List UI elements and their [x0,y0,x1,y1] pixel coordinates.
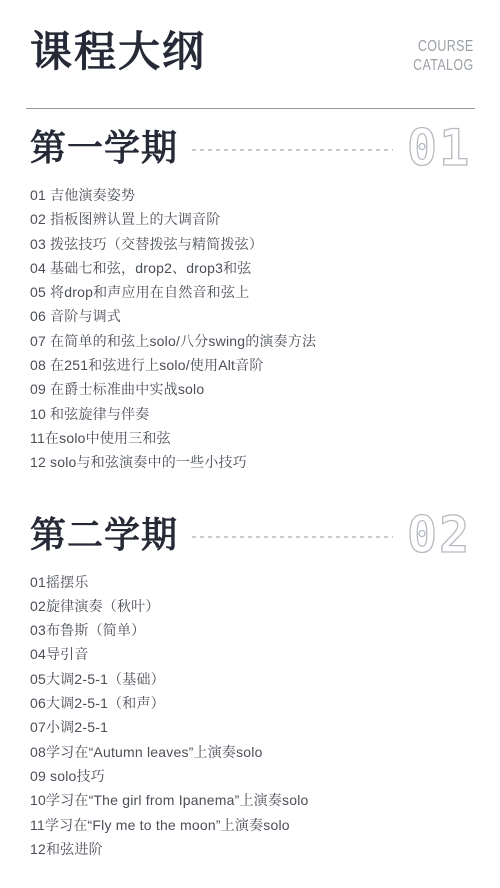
course-list-item: 11学习在“Fly me to the moon”上演奏solo [30,813,474,837]
section-2-header: 第二学期 02 [30,513,474,557]
section-2-number-outline: 02 [406,513,474,557]
course-list-item: 10 和弦旋律与伴奏 [30,402,474,426]
course-list-item: 06大调2-5-1（和声） [30,691,474,715]
course-list-item: 08学习在“Autumn leaves”上演奏solo [30,740,474,764]
course-list-item: 04 基础七和弦，drop2、drop3和弦 [30,256,474,280]
course-list-item: 02旋律演奏（秋叶） [30,594,474,618]
course-list-item: 09 在爵士标准曲中实战solo [30,377,474,401]
course-list-item: 12 solo与和弦演奏中的一些小技巧 [30,450,474,474]
section-1-title: 第一学期 [30,129,178,167]
course-list-item: 06 音阶与调式 [30,304,474,328]
section-2-course-list: 01摇摆乐02旋律演奏（秋叶）03布鲁斯（简单）04导引音05大调2-5-1（基… [30,570,474,862]
page-title: 课程大纲 [30,30,206,74]
course-list-item: 07 在简单的和弦上solo/八分swing的演奏方法 [30,329,474,353]
course-list-item: 05大调2-5-1（基础） [30,667,474,691]
section-1-course-list: 01 吉他演奏姿势02 指板图辨认置上的大调音阶03 拨弦技巧（交替拨弦与精简拨… [30,183,474,475]
section-1-header: 第一学期 01 [30,126,474,170]
dotted-divider [192,149,393,151]
section-2-title: 第二学期 [30,516,178,554]
course-list-item: 04导引音 [30,642,474,666]
section-semester-2: 第二学期 02 01摇摆乐02旋律演奏（秋叶）03布鲁斯（简单）04导引音05大… [30,513,474,862]
course-list-item: 10学习在“The girl from Ipanema”上演奏solo [30,788,474,812]
subtitle-line-2: CATALOG [413,56,474,75]
course-list-item: 01 吉他演奏姿势 [30,183,474,207]
course-list-item: 07小调2-5-1 [30,715,474,739]
course-list-item: 01摇摆乐 [30,570,474,594]
page-header: 课程大纲 COURSE CATALOG [30,30,474,75]
dotted-divider [192,536,393,538]
section-1-number-outline: 01 [406,126,474,170]
course-list-item: 11在solo中使用三和弦 [30,426,474,450]
course-list-item: 03 拨弦技巧（交替拨弦与精简拨弦） [30,232,474,256]
subtitle-line-1: COURSE [413,37,474,56]
header-divider [26,108,475,109]
section-semester-1: 第一学期 01 01 吉他演奏姿势02 指板图辨认置上的大调音阶03 拨弦技巧（… [30,126,474,475]
course-list-item: 03布鲁斯（简单） [30,618,474,642]
course-list-item: 08 在251和弦进行上solo/使用Alt音阶 [30,353,474,377]
section-1-number-text: 01 [407,126,471,170]
course-list-item: 09 solo技巧 [30,764,474,788]
page-subtitle: COURSE CATALOG [413,37,474,75]
course-catalog-page: 课程大纲 COURSE CATALOG 第一学期 01 01 吉他演奏姿势02 … [0,0,500,888]
course-list-item: 05 将drop和声应用在自然音和弦上 [30,280,474,304]
course-list-item: 12和弦进阶 [30,837,474,861]
section-2-number-text: 02 [407,513,471,557]
course-list-item: 02 指板图辨认置上的大调音阶 [30,207,474,231]
